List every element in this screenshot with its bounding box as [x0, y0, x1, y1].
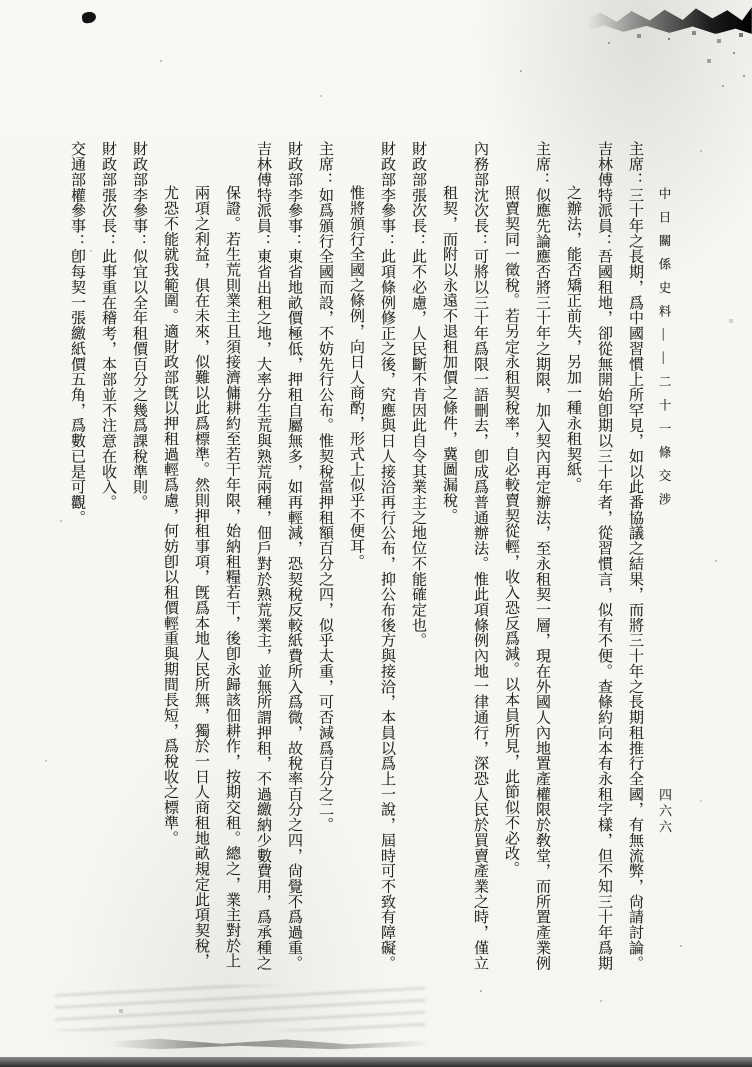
- speaker-colon: ：: [379, 233, 395, 248]
- dialogue-paragraph: 財政部張次長：此不必慮，人民斷不肯因此自令其業主之地位不能確定也。: [402, 141, 433, 973]
- book-title: 中日關係史料——二十一條交涉: [650, 187, 677, 516]
- speaker-colon: ：: [627, 172, 643, 187]
- speaker-label: 吉林傅特派員: [255, 141, 271, 233]
- dialogue-paragraph: 內務部沈次長：可將以三十年爲限一語刪去，卽成爲普通辦法。惟此項條例內地一律通行，…: [433, 141, 495, 973]
- speaker-label: 主席: [627, 141, 643, 172]
- text-block: 中日關係史料——二十一條交涉 四六六 主席：三十年之長期，爲中國習慣上所罕見，如…: [61, 141, 678, 973]
- speaker-label: 主席: [317, 141, 333, 172]
- speech-text: 東省地畝價極低，押租自屬無多，如再輕減，恐契稅反較紙費所入爲微，故稅率百分之四，…: [286, 249, 302, 971]
- dialogue-paragraph: 吉林傅特派員：吾國租地，卻從無開始卽期以三十年者，從習慣言，似有不便。查條約向本…: [557, 141, 619, 973]
- speaker-colon: ：: [286, 233, 302, 248]
- speech-text: 如爲頒行全國而設，不妨先行公布。惟契稅當押租額百分之四，似乎太重，可否減爲百分之…: [317, 187, 333, 832]
- speaker-colon: ：: [69, 233, 85, 248]
- speech-text: 此不必慮，人民斷不肯因此自令其業主之地位不能確定也。: [410, 249, 426, 648]
- speaker-label: 吉林傅特派員: [596, 141, 612, 233]
- scan-noise-dots: [0, 0, 2, 2]
- speech-text: 似應先論應否將三十年之期限，加入契內再定辦法，至永租契一層，現在外國人內地置產權…: [503, 185, 550, 970]
- speaker-colon: ：: [255, 233, 271, 248]
- dialogue-paragraph: 吉林傅特派員：東省出租之地，大率分生荒與熟荒兩種，佃戶對於熟荒業主，並無所謂押租…: [154, 141, 278, 973]
- speaker-label: 財政部李參事: [379, 141, 395, 233]
- speaker-label: 財政部李參事: [131, 141, 147, 233]
- speech-text: 似宜以全年租價百分之幾爲課稅準則。: [131, 249, 147, 510]
- speaker-colon: ：: [596, 233, 612, 248]
- speaker-colon: ：: [472, 233, 488, 248]
- dialogue-paragraph: 主席：似應先論應否將三十年之期限，加入契內再定辦法，至永租契一層，現在外國人內地…: [495, 141, 557, 973]
- scan-artifact-top-right: [587, 7, 752, 34]
- pen-mark-top-left: [81, 11, 96, 24]
- speech-text: 此事重在稽考，本部並不注意在收入。: [100, 249, 116, 510]
- scan-artifact-bottom-band: [0, 1057, 752, 1067]
- scan-speckle-top-right: [748, 30, 750, 32]
- speaker-colon: ：: [131, 233, 147, 248]
- dialogue-paragraph: 財政部李參事：此項條例修正之後，究應與日人接洽再行公布，抑公布後方與接洽，本員以…: [340, 141, 402, 973]
- dialogue-paragraph: 財政部李參事：似宜以全年租價百分之幾爲課稅準則。: [123, 141, 154, 973]
- speaker-colon: ：: [317, 172, 333, 187]
- speaker-colon: ：: [534, 172, 550, 187]
- dialogue-paragraph: 主席：三十年之長期，爲中國習慣上所罕見，如以此番協議之結果，而將三十年之長期租推…: [619, 141, 650, 973]
- speech-text: 此項條例修正之後，究應與日人接洽再行公布，抑公布後方與接洽，本員以爲上一說，屆時…: [348, 185, 395, 970]
- speaker-colon: ：: [410, 233, 426, 248]
- scan-smudge-bottom-left: [55, 985, 425, 1031]
- speaker-label: 交通部權參事: [69, 141, 85, 233]
- speaker-label: 財政部張次長: [100, 141, 116, 233]
- speaker-colon: ：: [100, 233, 116, 248]
- speaker-label: 財政部張次長: [410, 141, 426, 233]
- scanned-book-page: 中日關係史料——二十一條交涉 四六六 主席：三十年之長期，爲中國習慣上所罕見，如…: [0, 0, 752, 1067]
- speech-text: 三十年之長期，爲中國習慣上所罕見，如以此番協議之結果，而將三十年之長期租推行全國…: [627, 187, 643, 970]
- speaker-label: 主席: [534, 141, 550, 172]
- dialogue-paragraph: 主席：如爲頒行全國而設，不妨先行公布。惟契稅當押租額百分之四，似乎太重，可否減爲…: [309, 141, 340, 973]
- speech-text: 可將以三十年爲限一語刪去，卽成爲普通辦法。惟此項條例內地一律通行，深恐人民於買賣…: [441, 185, 488, 970]
- scan-streak-bottom: [110, 1036, 430, 1050]
- speaker-label: 財政部李參事: [286, 141, 302, 233]
- dialogue-paragraph: 財政部李參事：東省地畝價極低，押租自屬無多，如再輕減，恐契稅反較紙費所入爲微，故…: [278, 141, 309, 973]
- dialogue-paragraph: 財政部張次長：此事重在稽考，本部並不注意在收入。: [92, 141, 123, 973]
- speech-text: 東省出租之地，大率分生荒與熟荒兩種，佃戶對於熟荒業主，並無所謂押租，不過繳納少數…: [162, 185, 271, 970]
- speaker-label: 內務部沈次長: [472, 141, 488, 233]
- page-number: 四六六: [651, 788, 678, 836]
- speech-text: 卽每契一張繳紙價五角，爲數已是可觀。: [69, 249, 85, 525]
- dialogue-paragraph: 交通部權參事：卽每契一張繳紙價五角，爲數已是可觀。: [61, 141, 92, 973]
- running-head: 中日關係史料——二十一條交涉 四六六: [650, 141, 678, 973]
- speech-text: 吾國租地，卻從無開始卽期以三十年者，從習慣言，似有不便。查條約向本有永租字樣，但…: [565, 185, 612, 970]
